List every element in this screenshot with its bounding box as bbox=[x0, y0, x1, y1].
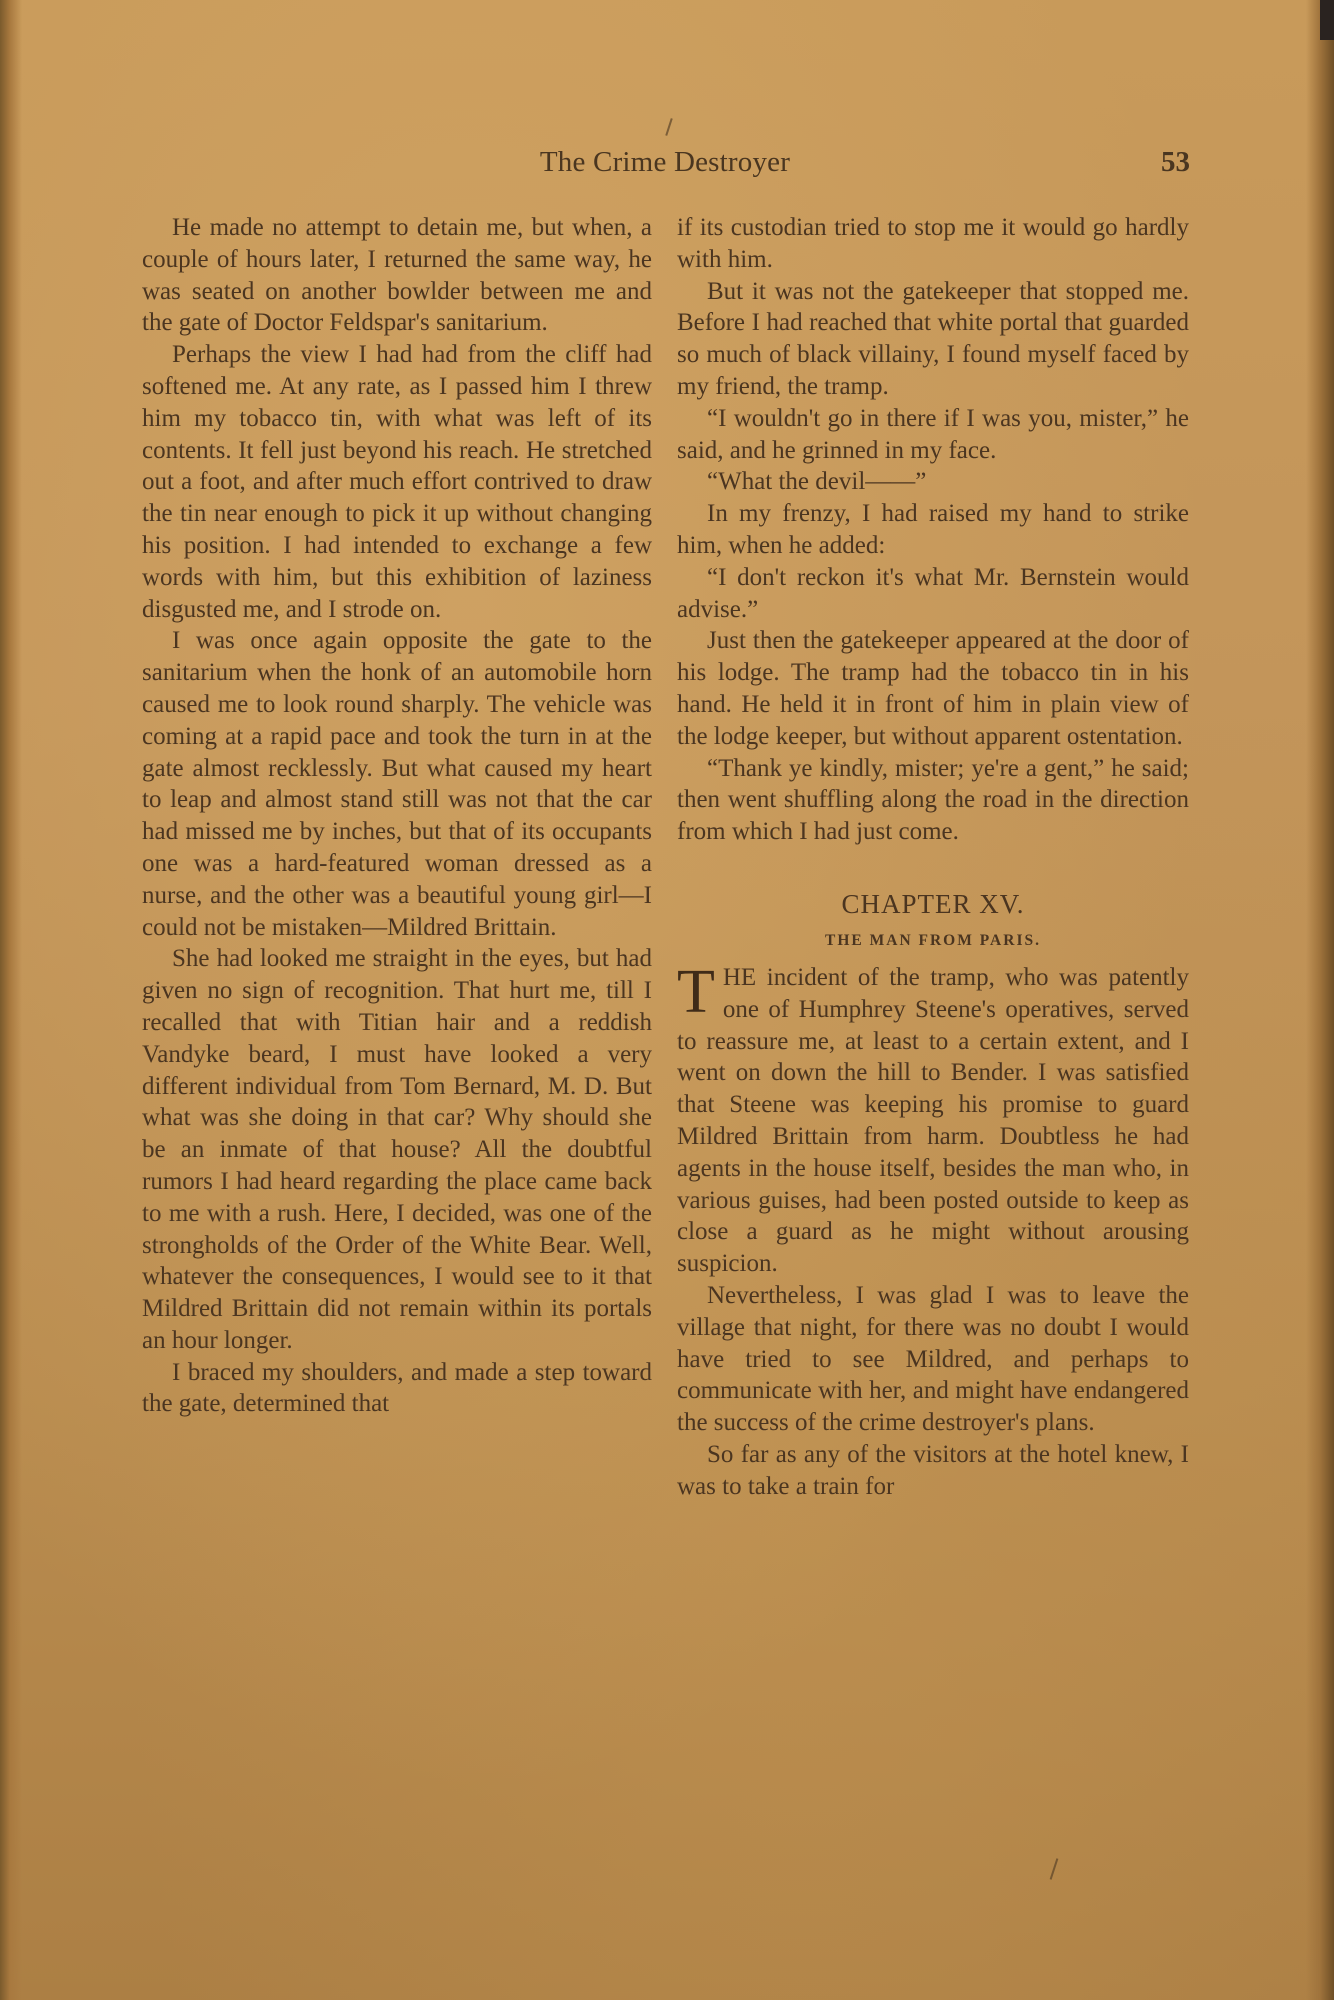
paragraph: In my frenzy, I had raised my hand to st… bbox=[677, 498, 1189, 562]
paragraph-continuation: if its custodian tried to stop me it wou… bbox=[677, 212, 1189, 276]
paragraph: She had looked me straight in the eyes, … bbox=[142, 943, 652, 1356]
paragraph: “What the devil——” bbox=[677, 466, 1189, 498]
page-edge-left-shadow bbox=[0, 0, 22, 2000]
paragraph: I was once again opposite the gate to th… bbox=[142, 625, 652, 943]
book-page: The Crime Destroyer 53 He made no attemp… bbox=[0, 0, 1334, 2000]
drop-cap: T bbox=[677, 966, 715, 1018]
paragraph: “I don't reckon it's what Mr. Bernstein … bbox=[677, 562, 1189, 626]
right-text-column: if its custodian tried to stop me it wou… bbox=[677, 212, 1189, 1502]
paragraph: Just then the gatekeeper appeared at the… bbox=[677, 625, 1189, 752]
page-number: 53 bbox=[1161, 146, 1190, 179]
paragraph: “I wouldn't go in there if I was you, mi… bbox=[677, 403, 1189, 467]
pencil-mark bbox=[665, 118, 672, 136]
page-edge-right-shadow bbox=[1306, 0, 1334, 2000]
chapter-opening-paragraph: THE incident of the tramp, who was paten… bbox=[677, 962, 1189, 1280]
paragraph: “Thank ye kindly, mister; ye're a gent,”… bbox=[677, 753, 1189, 848]
running-header: The Crime Destroyer 53 bbox=[140, 146, 1190, 186]
paragraph: But it was not the gatekeeper that stopp… bbox=[677, 276, 1189, 403]
paragraph: So far as any of the visitors at the hot… bbox=[677, 1439, 1189, 1503]
paragraph: I braced my shoulders, and made a step t… bbox=[142, 1357, 652, 1421]
pencil-mark bbox=[1050, 1858, 1059, 1880]
paragraph: Perhaps the view I had had from the clif… bbox=[142, 339, 652, 625]
background-corner bbox=[1320, 0, 1334, 40]
paragraph: He made no attempt to detain me, but whe… bbox=[142, 212, 652, 339]
paragraph: Nevertheless, I was glad I was to leave … bbox=[677, 1280, 1189, 1439]
chapter-heading: CHAPTER XV. bbox=[677, 886, 1189, 922]
opening-text: HE incident of the tramp, who was patent… bbox=[677, 964, 1189, 1277]
chapter-subtitle: THE MAN FROM PARIS. bbox=[677, 928, 1189, 954]
running-title: The Crime Destroyer bbox=[140, 146, 1190, 179]
left-text-column: He made no attempt to detain me, but whe… bbox=[142, 212, 652, 1420]
